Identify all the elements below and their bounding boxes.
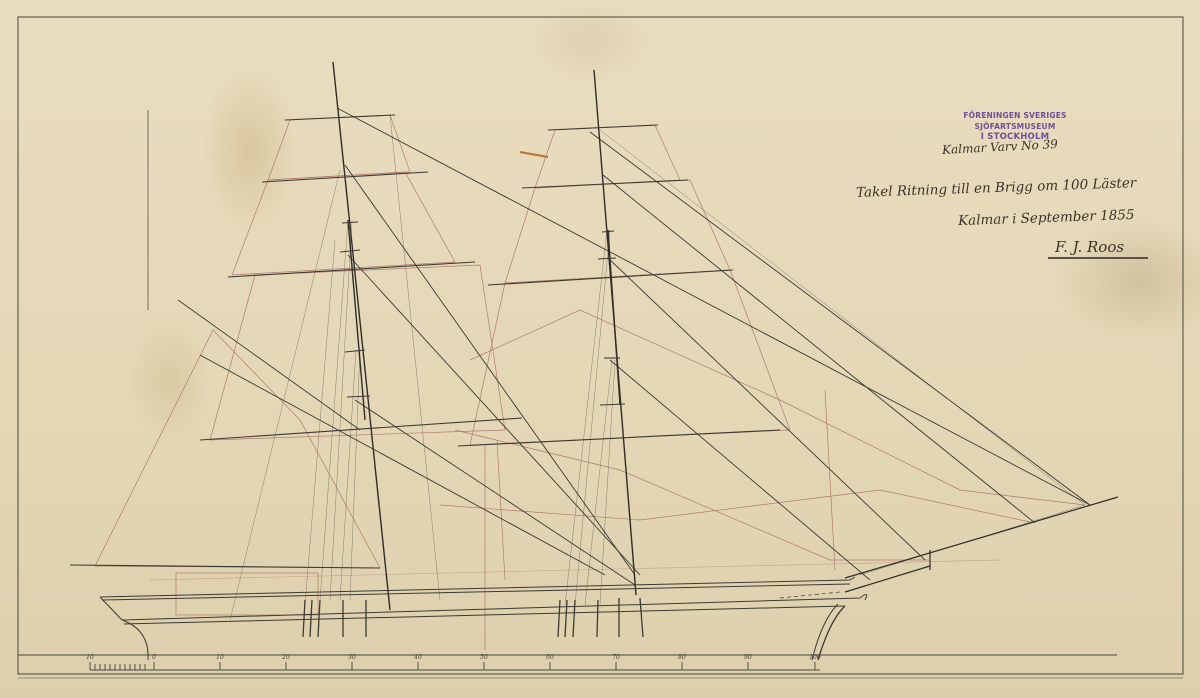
scale-label: 80 [678,654,686,661]
masts [333,62,636,610]
scale-label: 30 [348,654,356,661]
scale-label: 40 [414,654,422,661]
ink-stain [520,152,548,157]
scale-label: 90 [744,654,752,661]
stamp-line-1: FÖRENINGEN SVERIGES SJÖFARTSMUSEUM [940,110,1090,132]
museum-stamp: FÖRENINGEN SVERIGES SJÖFARTSMUSEUM I STO… [940,110,1090,143]
scale-label: 0 [152,654,156,661]
fore-mast [333,62,390,610]
yards [70,115,780,568]
rigging-plan-drawing [0,0,1200,698]
scale-label: 100 [809,654,820,661]
bowsprit [845,497,1118,592]
scale-label: 70 [612,654,620,661]
scale-label: 10 [86,654,94,661]
scale-label: 50 [480,654,488,661]
signature: F. J. Roos [1055,238,1124,256]
scale-bar [18,655,1183,678]
scale-label: 60 [546,654,554,661]
scale-label: 10 [216,654,224,661]
scale-label: 20 [282,654,290,661]
drawing-sheet: 10 0 10 20 30 40 50 60 70 80 90 100 FÖRE… [0,0,1200,698]
stays [178,108,1090,585]
signature-underline [1048,257,1148,259]
hull [100,577,867,660]
